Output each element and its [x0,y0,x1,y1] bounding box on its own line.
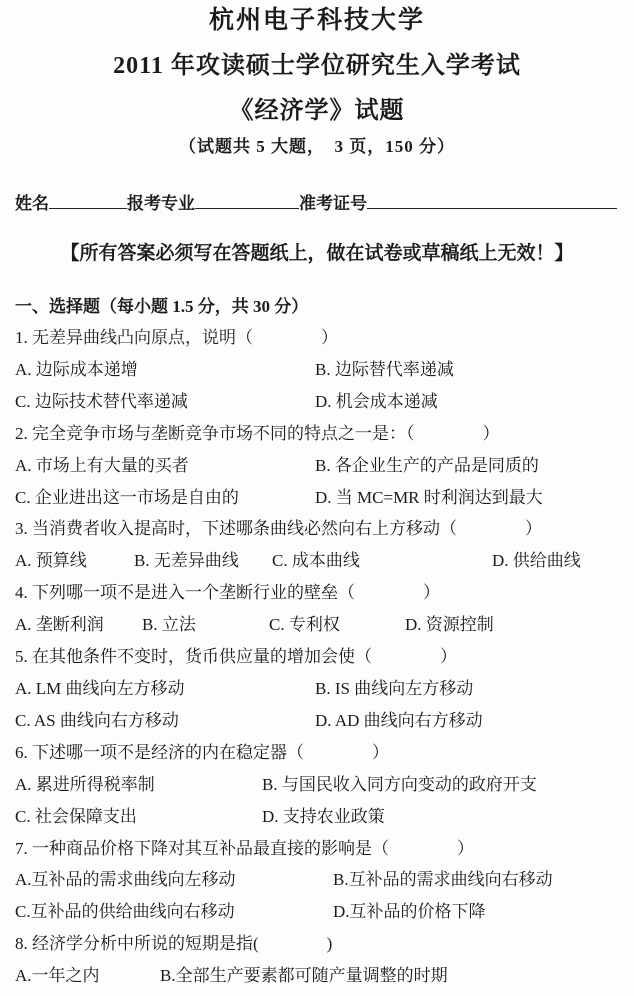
question-4-option-c: C. 专利权 [269,609,405,641]
question-7-option-d: D.互补品的价格下降 [333,896,486,928]
question-6-option-b: B. 与国民收入同方向变动的政府开支 [262,769,537,801]
question-3-option-b: B. 无差异曲线 [134,545,272,577]
question-1-options-row-1: A. 边际成本递增 B. 边际替代率递减 [0,354,634,386]
question-3-option-a: A. 预算线 [15,545,134,577]
question-2-option-d: D. 当 MC=MR 时利润达到最大 [315,482,543,514]
question-6-option-a: A. 累进所得税率制 [15,769,262,801]
question-2-stem: 2. 完全竞争市场与垄断竞争市场不同的特点之一是：（ ） [0,418,634,450]
question-3-option-c: C. 成本曲线 [272,545,492,577]
major-blank-line [195,194,299,209]
ticket-blank-line [367,194,617,209]
exam-session-title: 2011 年攻读硕士学位研究生入学考试 [0,51,634,81]
question-6-options-row-2: C. 社会保障支出 D. 支持农业政策 [0,801,634,833]
question-7-option-a: A.互补品的需求曲线向左移动 [15,864,333,896]
question-5: 5. 在其他条件不变时，货币供应量的增加会使（ ） A. LM 曲线向左方移动 … [0,641,634,737]
question-7-options-row-2: C.互补品的供给曲线向右移动 D.互补品的价格下降 [0,896,634,928]
question-4-options-row-1: A. 垄断利润 B. 立法 C. 专利权 D. 资源控制 [0,609,634,641]
question-7-option-c: C.互补品的供给曲线向右移动 [15,896,333,928]
question-5-stem: 5. 在其他条件不变时，货币供应量的增加会使（ ） [0,641,634,673]
question-6-option-c: C. 社会保障支出 [15,801,262,833]
question-3-stem: 3. 当消费者收入提高时，下述哪条曲线必然向右上方移动（ ） [0,513,634,545]
question-7-options-row-1: A.互补品的需求曲线向左移动 B.互补品的需求曲线向右移动 [0,864,634,896]
paper-title: 《经济学》试题 [0,96,634,126]
question-6-options-row-1: A. 累进所得税率制 B. 与国民收入同方向变动的政府开支 [0,769,634,801]
question-8: 8. 经济学分析中所说的短期是指( ) A.一年之内 B.全部生产要素都可随产量… [0,928,634,992]
question-8-stem: 8. 经济学分析中所说的短期是指( ) [0,928,634,960]
question-6: 6. 下述哪一项不是经济的内在稳定器（ ） A. 累进所得税率制 B. 与国民收… [0,737,634,833]
question-1-option-d: D. 机会成本递减 [315,386,438,418]
question-2-option-b: B. 各企业生产的产品是同质的 [315,450,539,482]
question-5-options-row-1: A. LM 曲线向左方移动 B. IS 曲线向左方移动 [0,673,634,705]
question-8-option-b: B.全部生产要素都可随产量调整的时期 [160,960,448,992]
question-1-option-c: C. 边际技术替代率递减 [15,386,315,418]
question-2-option-a: A. 市场上有大量的买者 [15,450,315,482]
question-1: 1. 无差异曲线凸向原点，说明（ ） A. 边际成本递增 B. 边际替代率递减 … [0,322,634,418]
question-5-options-row-2: C. AS 曲线向右方移动 D. AD 曲线向右方移动 [0,705,634,737]
university-title: 杭州电子科技大学 [0,6,634,36]
questions-area: 1. 无差异曲线凸向原点，说明（ ） A. 边际成本递增 B. 边际替代率递减 … [0,322,634,992]
question-1-option-a: A. 边际成本递增 [15,354,315,386]
question-5-option-d: D. AD 曲线向右方移动 [315,705,483,737]
name-label: 姓名 [15,194,49,213]
question-4-option-a: A. 垄断利润 [15,609,142,641]
question-2-options-row-1: A. 市场上有大量的买者 B. 各企业生产的产品是同质的 [0,450,634,482]
question-2-options-row-2: C. 企业进出这一市场是自由的 D. 当 MC=MR 时利润达到最大 [0,482,634,514]
name-blank-line [49,194,127,209]
major-label: 报考专业 [127,194,195,213]
question-6-option-d: D. 支持农业政策 [262,801,385,833]
question-7: 7. 一种商品价格下降对其互补品最直接的影响是（ ） A.互补品的需求曲线向左移… [0,833,634,929]
section-1-title: 一、选择题（每小题 1.5 分，共 30 分） [0,292,634,322]
question-4-option-b: B. 立法 [142,609,269,641]
question-1-stem: 1. 无差异曲线凸向原点，说明（ ） [0,322,634,354]
paper-meta: （试题共 5 大题， 3 页，150 分） [0,134,634,160]
question-4: 4. 下列哪一项不是进入一个垄断行业的壁垒（ ） A. 垄断利润 B. 立法 C… [0,577,634,641]
exam-paper-page: 杭州电子科技大学 2011 年攻读硕士学位研究生入学考试 《经济学》试题 （试题… [0,0,634,996]
question-5-option-c: C. AS 曲线向右方移动 [15,705,315,737]
question-1-option-b: B. 边际替代率递减 [315,354,454,386]
question-3-options-row-1: A. 预算线 B. 无差异曲线 C. 成本曲线 D. 供给曲线 [0,545,634,577]
question-4-stem: 4. 下列哪一项不是进入一个垄断行业的壁垒（ ） [0,577,634,609]
question-3: 3. 当消费者收入提高时，下述哪条曲线必然向右上方移动（ ） A. 预算线 B.… [0,513,634,577]
question-2-option-c: C. 企业进出这一市场是自由的 [15,482,315,514]
question-7-stem: 7. 一种商品价格下降对其互补品最直接的影响是（ ） [0,833,634,865]
question-1-options-row-2: C. 边际技术替代率递减 D. 机会成本递减 [0,386,634,418]
question-8-option-a: A.一年之内 [15,960,160,992]
candidate-info-row: 姓名报考专业准考证号 [0,190,634,218]
question-8-options-row-1: A.一年之内 B.全部生产要素都可随产量调整的时期 [0,960,634,992]
question-5-option-a: A. LM 曲线向左方移动 [15,673,315,705]
question-2: 2. 完全竞争市场与垄断竞争市场不同的特点之一是：（ ） A. 市场上有大量的买… [0,418,634,514]
question-6-stem: 6. 下述哪一项不是经济的内在稳定器（ ） [0,737,634,769]
question-5-option-b: B. IS 曲线向左方移动 [315,673,473,705]
answer-notice: 【所有答案必须写在答题纸上，做在试卷或草稿纸上无效！】 [0,240,634,268]
question-3-option-d: D. 供给曲线 [492,545,581,577]
question-4-option-d: D. 资源控制 [405,609,494,641]
question-7-option-b: B.互补品的需求曲线向右移动 [333,864,553,896]
ticket-label: 准考证号 [299,194,367,213]
